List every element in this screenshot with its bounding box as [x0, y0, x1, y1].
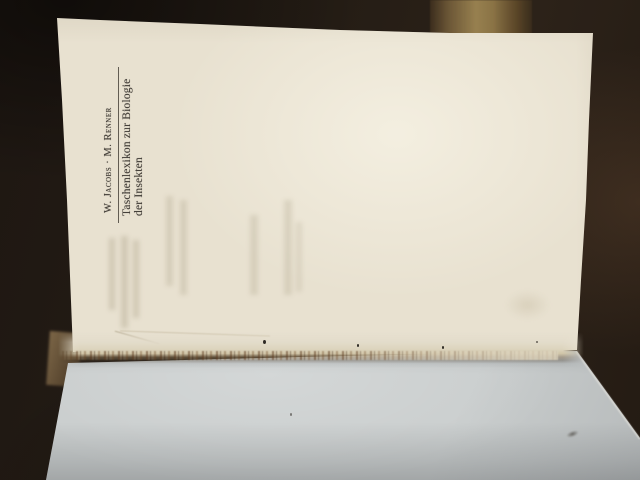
show-through-ghost-text	[166, 196, 173, 286]
page-stain	[505, 290, 550, 320]
ink-speck	[536, 341, 538, 343]
show-through-ghost-text	[133, 240, 139, 318]
ink-speck	[263, 340, 266, 344]
show-through-ghost-text	[296, 222, 302, 292]
author-line: W. Jacobs · M. Renner	[102, 58, 115, 213]
ink-speck	[290, 413, 292, 416]
show-through-ghost-text	[250, 215, 258, 295]
show-through-ghost-text	[284, 200, 292, 295]
page-edge-speckle	[62, 351, 558, 360]
page-smudge	[565, 429, 579, 439]
show-through-ghost-text	[180, 200, 187, 295]
show-through-ghost-text	[121, 236, 128, 328]
ink-speck	[442, 346, 444, 349]
show-through-ghost-text	[109, 238, 115, 310]
rotated-text: W. Jacobs · M. Renner Taschenlexikon zur…	[93, 58, 147, 226]
title-line-1: Taschenlexikon zur Biologie	[121, 58, 133, 216]
half-title-text-block: W. Jacobs · M. Renner Taschenlexikon zur…	[93, 58, 147, 226]
book-photo: W. Jacobs · M. Renner Taschenlexikon zur…	[0, 0, 640, 480]
divider-rule	[118, 67, 119, 223]
ink-speck	[357, 344, 359, 347]
book-title: Taschenlexikon zur Biologie der Insekten	[121, 58, 145, 216]
title-line-2: der Insekten	[133, 58, 145, 216]
page-block-bottom-edge	[58, 332, 584, 368]
